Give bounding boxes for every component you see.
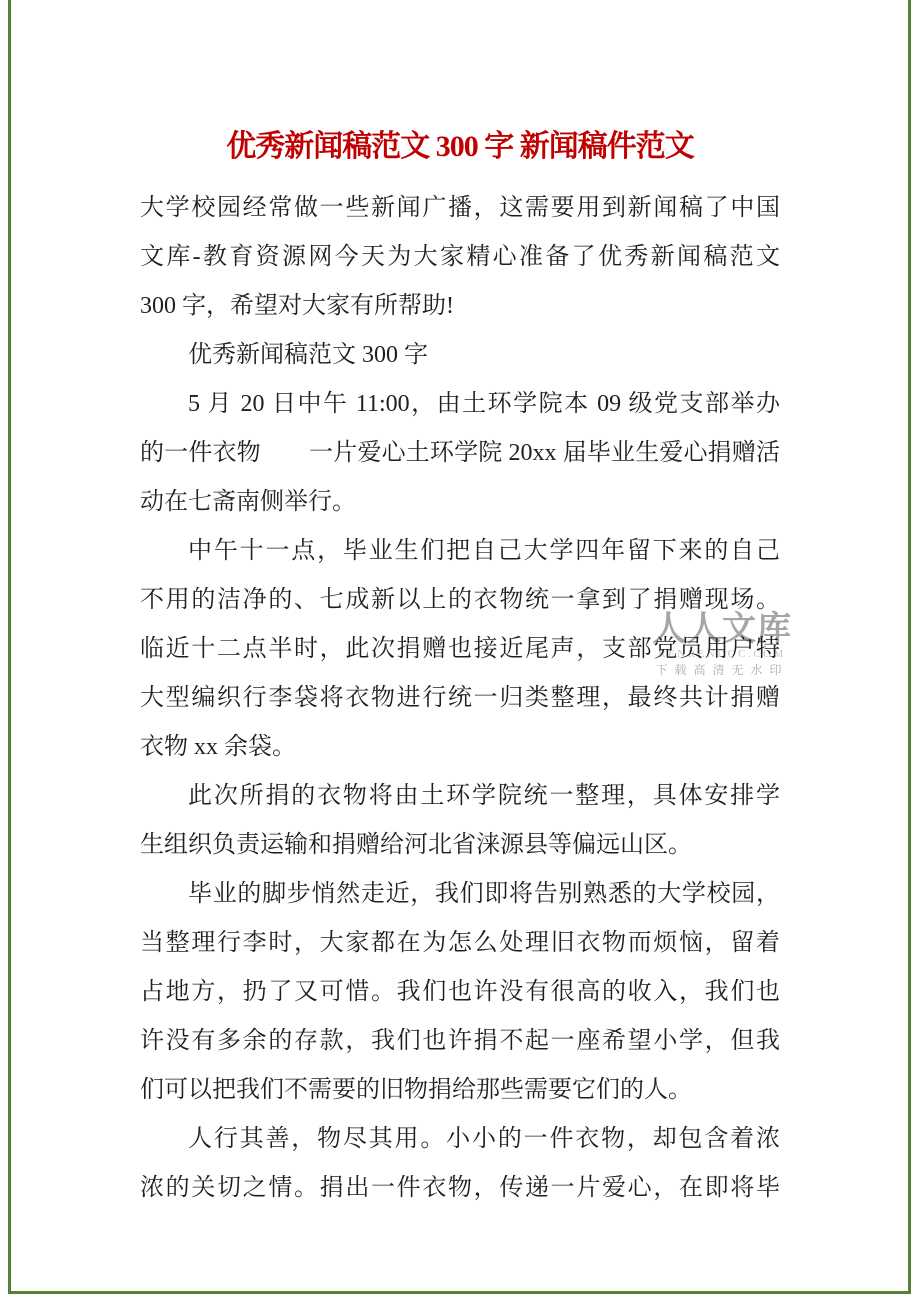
- document-body: 大学校园经常做一些新闻广播，这需要用到新闻稿了中国文库-教育资源网今天为大家精心…: [140, 184, 780, 1213]
- text-line: 5 月 20 日中午 11:00，由土环学院本 09 级党支部举办: [140, 380, 780, 429]
- text-line: 们可以把我们不需要的旧物捐给那些需要它们的人。: [140, 1066, 780, 1115]
- text-line: 不用的洁净的、七成新以上的衣物统一拿到了捐赠现场。: [140, 576, 780, 625]
- text-line: 中午十一点，毕业生们把自己大学四年留下来的自己: [140, 527, 780, 576]
- page-border-bottom: [8, 1291, 911, 1294]
- text-line: 浓的关切之情。捐出一件衣物，传递一片爱心，在即将毕: [140, 1164, 780, 1213]
- text-line: 生组织负责运输和捐赠给河北省涞源县等偏远山区。: [140, 821, 780, 870]
- text-line: 人行其善，物尽其用。小小的一件衣物，却包含着浓: [140, 1115, 780, 1164]
- text-line: 此次所捐的衣物将由土环学院统一整理，具体安排学: [140, 772, 780, 821]
- text-line: 优秀新闻稿范文 300 字: [140, 331, 780, 380]
- text-line: 衣物 xx 余袋。: [140, 723, 780, 772]
- text-line: 临近十二点半时，此次捐赠也接近尾声，支部党员用户特: [140, 625, 780, 674]
- page-border-left: [8, 0, 11, 1294]
- text-line: 300 字，希望对大家有所帮助!: [140, 282, 780, 331]
- text-line: 的一件衣物 一片爱心土环学院 20xx 届毕业生爱心捐赠活: [140, 429, 780, 478]
- page-border-right: [908, 0, 911, 1294]
- text-line: 文库-教育资源网今天为大家精心准备了优秀新闻稿范文: [140, 233, 780, 282]
- text-line: 许没有多余的存款，我们也许捐不起一座希望小学，但我: [140, 1017, 780, 1066]
- document-title: 优秀新闻稿范文 300 字 新闻稿件范文: [140, 123, 780, 171]
- text-line: 大学校园经常做一些新闻广播，这需要用到新闻稿了中国: [140, 184, 780, 233]
- text-line: 当整理行李时，大家都在为怎么处理旧衣物而烦恼，留着: [140, 919, 780, 968]
- text-line: 占地方，扔了又可惜。我们也许没有很高的收入，我们也: [140, 968, 780, 1017]
- text-line: 大型编织行李袋将衣物进行统一归类整理，最终共计捐赠: [140, 674, 780, 723]
- text-line: 毕业的脚步悄然走近，我们即将告别熟悉的大学校园，: [140, 870, 780, 919]
- text-line: 动在七斋南侧举行。: [140, 478, 780, 527]
- document-page: 人人文库 RENRENDOC.COM 下载高清无水印 优秀新闻稿范文 300 字…: [0, 0, 920, 1302]
